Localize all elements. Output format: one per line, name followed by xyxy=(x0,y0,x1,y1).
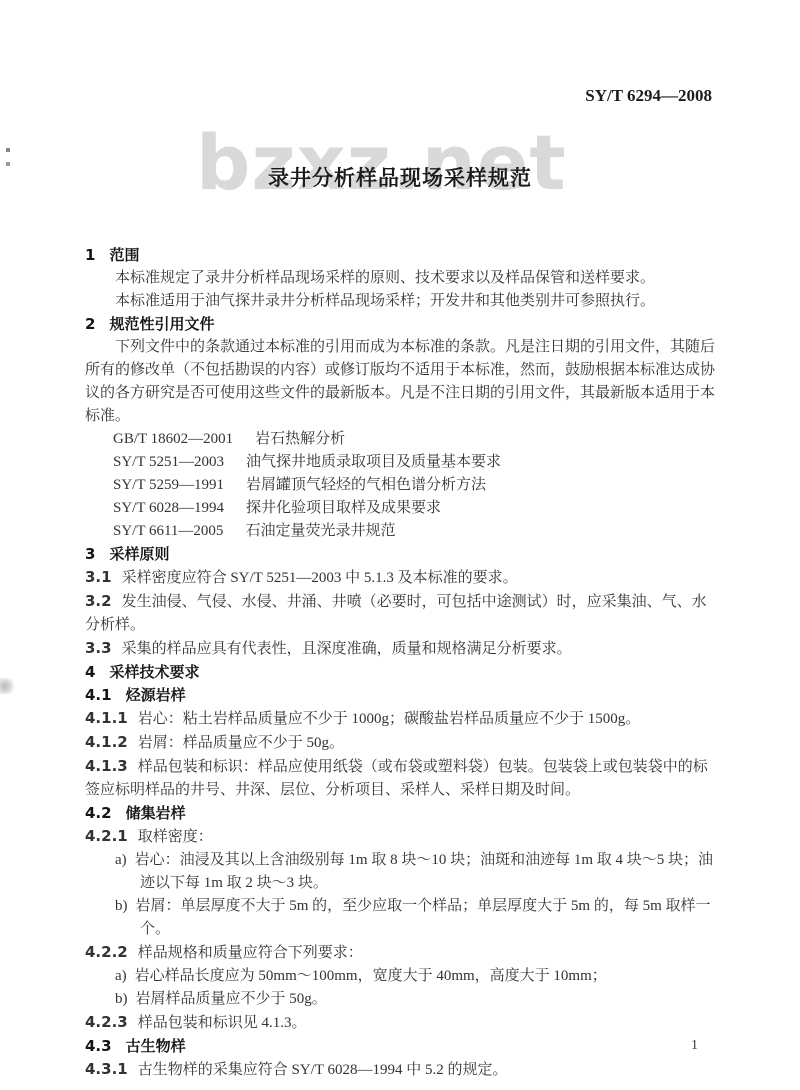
clause-text: 岩屑：样品质量应不少于 50g。 xyxy=(138,735,344,751)
section-1-heading: 1范围 xyxy=(85,244,715,267)
list-item: a)岩心：油浸及其以上含油级别每 1m 取 8 块～10 块；油斑和油迹每 1m… xyxy=(115,849,715,895)
clause-text: 采集的样品应具有代表性，且深度准确，质量和规格满足分析要求。 xyxy=(122,641,572,657)
list-item-label: b) xyxy=(115,991,128,1007)
standard-code: SY/T 6294—2008 xyxy=(0,0,800,106)
clause: 4.1.2岩屑：样品质量应不少于 50g。 xyxy=(85,731,715,755)
clause-number: 3.1 xyxy=(85,568,112,586)
clause-number: 3.2 xyxy=(85,592,112,610)
list-item-text: 岩屑：单层厚度不大于 5m 的，至少应取一个样品；单层厚度大于 5m 的，每 5… xyxy=(136,898,711,937)
clause: 4.2.2样品规格和质量应符合下列要求： xyxy=(85,941,715,965)
clause: 4.3.1古生物样的采集应符合 SY/T 6028—1994 中 5.2 的规定… xyxy=(85,1058,715,1082)
clause-number: 4.2.1 xyxy=(85,827,128,845)
section-3-number: 3 xyxy=(85,545,95,563)
list-item-text: 岩屑样品质量应不少于 50g。 xyxy=(136,991,327,1007)
clause: 4.2.3样品包装和标识见 4.1.3。 xyxy=(85,1011,715,1035)
clause: 4.1.3样品包装和标识：样品应使用纸袋（或布袋或塑料袋）包装。包装袋上或包装袋… xyxy=(85,755,715,802)
list-item-label: b) xyxy=(115,898,128,914)
section-4-3-title: 古生物样 xyxy=(126,1037,186,1055)
reference-title: 岩屑罐顶气轻烃的气相色谱分析方法 xyxy=(246,477,486,493)
clause: 4.1.1岩心：粘土岩样品质量应不少于 1000g；碳酸盐岩样品质量应不少于 1… xyxy=(85,707,715,731)
reference-code: GB/T 18602—2001 xyxy=(113,431,233,447)
section-3-heading: 3采样原则 xyxy=(85,543,715,566)
clause-number: 4.2.2 xyxy=(85,943,128,961)
reference-code: SY/T 6611—2005 xyxy=(113,523,223,539)
reference-title: 油气探井地质录取项目及质量基本要求 xyxy=(246,454,501,470)
reference-item: SY/T 6611—2005石油定量荧光录井规范 xyxy=(113,520,715,543)
clause: 3.1采样密度应符合 SY/T 5251—2003 中 5.1.3 及本标准的要… xyxy=(85,566,715,590)
section-1-paragraph: 本标准规定了录井分析样品现场采样的原则、技术要求以及样品保管和送样要求。 xyxy=(85,267,715,290)
section-4-2-heading: 4.2储集岩样 xyxy=(85,802,715,825)
list-item-text: 岩心：油浸及其以上含油级别每 1m 取 8 块～10 块；油斑和油迹每 1m 取… xyxy=(135,852,713,891)
clause-number: 4.1.3 xyxy=(85,757,128,775)
list-item-text: 岩心样品长度应为 50mm～100mm，宽度大于 40mm，高度大于 10mm； xyxy=(135,968,607,984)
reference-title: 探井化验项目取样及成果要求 xyxy=(246,500,441,516)
clause-number: 4.3.1 xyxy=(85,1060,128,1078)
section-4-number: 4 xyxy=(85,663,95,681)
clause-text: 发生油侵、气侵、水侵、井涌、井喷（必要时，可包括中途测试）时，应采集油、气、水分… xyxy=(85,594,707,633)
section-2-number: 2 xyxy=(85,315,95,333)
list-item: a)岩心样品长度应为 50mm～100mm，宽度大于 40mm，高度大于 10m… xyxy=(115,965,715,988)
page-number: 1 xyxy=(691,1038,698,1054)
clause-number: 4.1.1 xyxy=(85,709,128,727)
reference-item: GB/T 18602—2001岩石热解分析 xyxy=(113,428,715,451)
reference-code: SY/T 5251—2003 xyxy=(113,454,224,470)
list-item-label: a) xyxy=(115,852,127,868)
section-2-title: 规范性引用文件 xyxy=(109,315,214,333)
clause-text: 样品包装和标识见 4.1.3。 xyxy=(138,1015,307,1031)
clause-number: 3.3 xyxy=(85,639,112,657)
section-1-title: 范围 xyxy=(109,246,139,264)
section-4-2-title: 储集岩样 xyxy=(126,804,186,822)
section-4-heading: 4采样技术要求 xyxy=(85,661,715,684)
clause: 4.2.1取样密度： xyxy=(85,825,715,849)
reference-code: SY/T 5259—1991 xyxy=(113,477,224,493)
document-body: 1范围 本标准规定了录井分析样品现场采样的原则、技术要求以及样品保管和送样要求。… xyxy=(85,244,715,1082)
clause-text: 样品规格和质量应符合下列要求： xyxy=(138,945,363,961)
section-4-title: 采样技术要求 xyxy=(109,663,199,681)
list-item: b)岩屑样品质量应不少于 50g。 xyxy=(115,988,715,1011)
reference-item: SY/T 6028—1994探井化验项目取样及成果要求 xyxy=(113,497,715,520)
scan-artifact-smudge xyxy=(0,678,16,694)
scanned-document-page: bzxz.net SY/T 6294—2008 录井分析样品现场采样规范 1范围… xyxy=(0,0,800,1090)
section-4-1-title: 烃源岩样 xyxy=(126,686,186,704)
clause: 3.2发生油侵、气侵、水侵、井涌、井喷（必要时，可包括中途测试）时，应采集油、气… xyxy=(85,590,715,637)
list-item: b)岩屑：单层厚度不大于 5m 的，至少应取一个样品；单层厚度大于 5m 的，每… xyxy=(115,895,715,941)
reference-item: SY/T 5251—2003油气探井地质录取项目及质量基本要求 xyxy=(113,451,715,474)
clause-text: 古生物样的采集应符合 SY/T 6028—1994 中 5.2 的规定。 xyxy=(138,1062,508,1078)
clause-number: 4.2.3 xyxy=(85,1013,128,1031)
section-4-2-number: 4.2 xyxy=(85,804,112,822)
section-1-paragraph: 本标准适用于油气探井录井分析样品现场采样；开发井和其他类别井可参照执行。 xyxy=(85,290,715,313)
clause-text: 样品包装和标识：样品应使用纸袋（或布袋或塑料袋）包装。包装袋上或包装袋中的标签应… xyxy=(85,759,708,798)
clause: 3.3采集的样品应具有代表性，且深度准确，质量和规格满足分析要求。 xyxy=(85,637,715,661)
section-2-heading: 2规范性引用文件 xyxy=(85,313,715,336)
section-4-3-number: 4.3 xyxy=(85,1037,112,1055)
section-4-1-number: 4.1 xyxy=(85,686,112,704)
section-4-3-heading: 4.3古生物样 xyxy=(85,1035,715,1058)
reference-code: SY/T 6028—1994 xyxy=(113,500,224,516)
reference-item: SY/T 5259—1991岩屑罐顶气轻烃的气相色谱分析方法 xyxy=(113,474,715,497)
list-item-label: a) xyxy=(115,968,127,984)
section-4-1-heading: 4.1烃源岩样 xyxy=(85,684,715,707)
clause-text: 取样密度： xyxy=(138,829,213,845)
clause-text: 采样密度应符合 SY/T 5251—2003 中 5.1.3 及本标准的要求。 xyxy=(122,570,518,586)
section-3-title: 采样原则 xyxy=(109,545,169,563)
reference-title: 石油定量荧光录井规范 xyxy=(245,523,395,539)
section-1-number: 1 xyxy=(85,246,95,264)
reference-title: 岩石热解分析 xyxy=(255,431,345,447)
clause-number: 4.1.2 xyxy=(85,733,128,751)
section-2-intro: 下列文件中的条款通过本标准的引用而成为本标准的条款。凡是注日期的引用文件，其随后… xyxy=(85,336,715,428)
clause-text: 岩心：粘土岩样品质量应不少于 1000g；碳酸盐岩样品质量应不少于 1500g。 xyxy=(138,711,641,727)
document-title: 录井分析样品现场采样规范 xyxy=(0,162,800,192)
